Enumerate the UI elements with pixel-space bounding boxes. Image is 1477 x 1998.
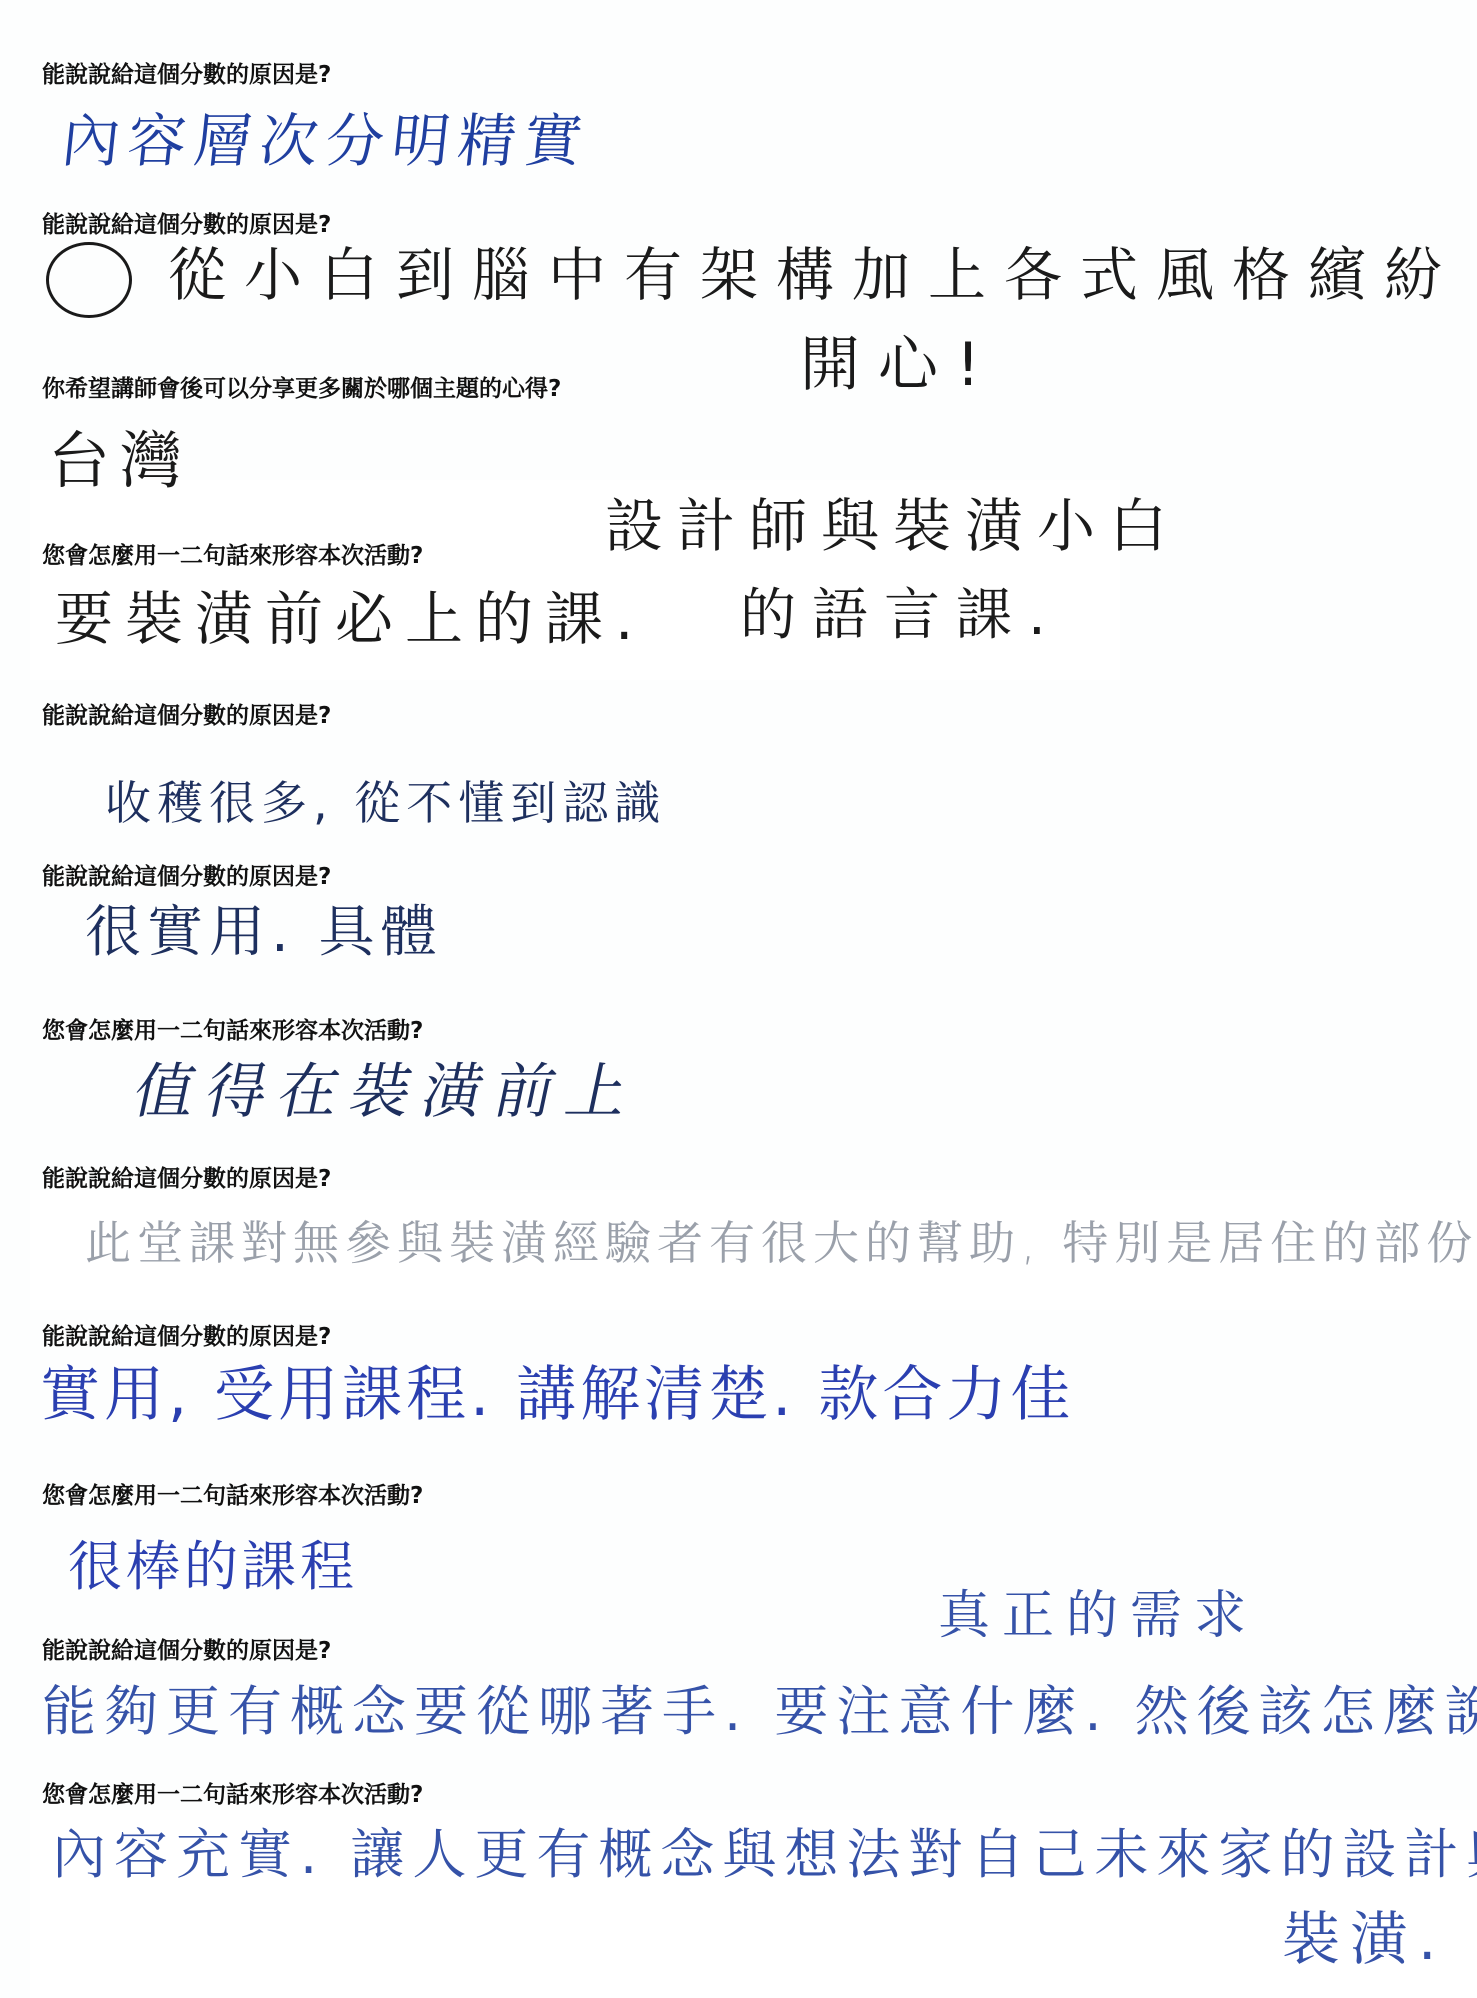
handwritten-answer: 實用, 受用課程. 講解清楚. 款合力佳 bbox=[40, 1365, 1074, 1425]
handwritten-answer: 收穫很多, 從不懂到認識 bbox=[105, 780, 666, 826]
question-label: 你希望講師會後可以分享更多關於哪個主題的心得? bbox=[42, 370, 561, 403]
handwritten-answer: 台灣 bbox=[48, 430, 192, 492]
handwritten-answer: 很棒的課程 bbox=[68, 1540, 358, 1594]
scribble-icon bbox=[46, 242, 132, 318]
handwritten-answer: 內容層次分明精實 bbox=[59, 112, 593, 170]
handwritten-answer: 從小白到腦中有架構加上各式風格繽紛 bbox=[168, 246, 1460, 304]
handwritten-answer: 內容充實. 讓人更有概念與想法對自己未來家的設計與 bbox=[52, 1828, 1477, 1882]
question-label: 能說說給這個分數的原因是? bbox=[42, 697, 331, 730]
handwritten-answer-continued: 開心! bbox=[800, 335, 998, 395]
handwritten-answer: 值得在裝潢前上 bbox=[129, 1062, 646, 1122]
question-label: 能說說給這個分數的原因是? bbox=[42, 1160, 331, 1193]
handwritten-answer-above: 真正的需求 bbox=[938, 1590, 1258, 1642]
question-label: 能說說給這個分數的原因是? bbox=[42, 1318, 331, 1351]
question-label: 能說說給這個分數的原因是? bbox=[42, 206, 331, 239]
question-label: 您會怎麼用一二句話來形容本次活動? bbox=[42, 1012, 423, 1045]
question-label: 能說說給這個分數的原因是? bbox=[42, 1632, 331, 1665]
handwritten-answer: 很實用. 具體 bbox=[85, 905, 443, 961]
handwritten-answer-continued: 裝潢. bbox=[1282, 1910, 1446, 1968]
handwritten-answer: 要裝潢前必上的課. bbox=[55, 590, 645, 648]
question-label: 能說說給這個分數的原因是? bbox=[42, 56, 331, 89]
question-label: 您會怎麼用一二句話來形容本次活動? bbox=[42, 537, 423, 570]
side-note-line-2: 的語言課. bbox=[740, 588, 1062, 644]
question-label: 您會怎麼用一二句話來形容本次活動? bbox=[42, 1776, 423, 1809]
handwritten-answer: 能夠更有概念要從哪著手. 要注意什麼. 然後該怎麼說出自己 bbox=[42, 1685, 1477, 1739]
crossed-out-mark bbox=[46, 242, 132, 328]
question-label: 能說說給這個分數的原因是? bbox=[42, 858, 331, 891]
question-label: 您會怎麼用一二句話來形容本次活動? bbox=[42, 1477, 423, 1510]
handwritten-answer: 此堂課對無參與裝潢經驗者有很大的幫助, 特別是居住的部份 bbox=[85, 1220, 1477, 1266]
side-note-line-1: 設計師與裝潢小白 bbox=[605, 497, 1181, 555]
